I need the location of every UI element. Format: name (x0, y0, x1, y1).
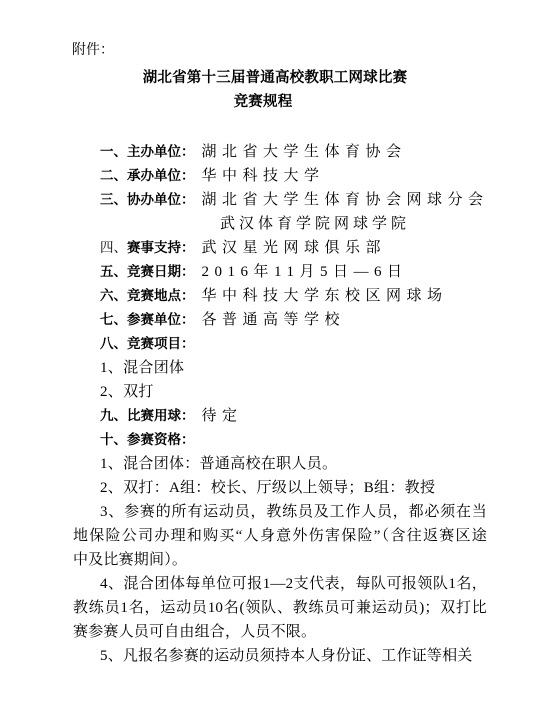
item-participating-units: 七、参赛单位：各普通高等学校 (0, 308, 550, 332)
doc-subtitle: 竞赛规程 (0, 90, 550, 114)
line-text: 武汉体育学院网球学院 (220, 216, 410, 232)
item-value: 华中科技大学 (202, 168, 325, 184)
item-label: 承办单位： (127, 168, 195, 183)
eligibility-rule-1: 1、混合团体：普通高校在职人员。 (0, 452, 550, 476)
line-text: 2、双打：A组：校长、厅级以上领导；B组：教授 (100, 480, 435, 496)
item-organizer: 二、承办单位：华中科技大学 (0, 164, 550, 188)
item-co-organizer: 三、协办单位：湖北省大学生体育协会网球分会 (0, 188, 550, 212)
item-label: 竞赛项目： (127, 336, 195, 351)
item-value: 各普通高等学校 (202, 312, 346, 328)
line-text: 赛参赛人员可自由组合，人员不限。 (73, 624, 316, 640)
item-competition-date: 五、竞赛日期：2016年11月5日—6日 (0, 260, 550, 284)
line-text: 1、混合团体：普通高校在职人员。 (100, 456, 337, 472)
item-value: 湖北省大学生体育协会 (202, 144, 407, 160)
item-label: 参赛资格： (127, 432, 195, 447)
item-number: 四、 (100, 240, 127, 255)
item-co-organizer-cont: 武汉体育学院网球学院 (0, 212, 550, 236)
line-text: 5、凡报名参赛的运动员须持本人身份证、工作证等相关 (100, 648, 473, 664)
line-text: 中及比赛期间）。 (73, 552, 187, 568)
item-number: 九、 (100, 408, 127, 423)
sub-item-mixed-team: 1、混合团体 (0, 356, 550, 380)
item-label: 竞赛地点： (127, 288, 195, 303)
item-number: 七、 (100, 312, 127, 327)
item-value: 华中科技大学东校区网球场 (202, 288, 448, 304)
item-host-org: 一、主办单位：湖北省大学生体育协会 (0, 140, 550, 164)
item-label: 协办单位： (127, 192, 195, 207)
attachment-label: 附件： (72, 39, 114, 63)
document-page: 附件： 湖北省第十三届普通高校教职工网球比赛 竞赛规程 一、主办单位：湖北省大学… (0, 0, 550, 715)
item-value: 2016年11月5日—6日 (202, 264, 408, 280)
line-text: 1、混合团体 (100, 360, 184, 376)
line-text: 地保险公司办理和购买“人身意外伤害保险”（含往返赛区途 (73, 528, 487, 544)
eligibility-rule-3-line-1: 3、参赛的所有运动员，教练员及工作人员，都必须在当 (0, 500, 550, 524)
eligibility-rule-5-line-1: 5、凡报名参赛的运动员须持本人身份证、工作证等相关 (0, 644, 550, 668)
item-match-balls: 九、比赛用球：待定 (0, 404, 550, 428)
item-number: 二、 (100, 168, 127, 183)
item-label: 参赛单位： (127, 312, 195, 327)
item-competition-events: 八、竞赛项目： (0, 332, 550, 356)
item-label: 竞赛日期： (127, 264, 195, 279)
item-number: 五、 (100, 264, 127, 279)
item-value: 待定 (202, 408, 243, 424)
line-text: 2、双打 (100, 384, 154, 400)
item-label: 赛事支持： (127, 240, 195, 255)
item-number: 一、 (100, 144, 127, 159)
eligibility-rule-2: 2、双打：A组：校长、厅级以上领导；B组：教授 (0, 476, 550, 500)
eligibility-rule-3-line-2: 地保险公司办理和购买“人身意外伤害保险”（含往返赛区途 (0, 524, 550, 548)
doc-body: 一、主办单位：湖北省大学生体育协会 二、承办单位：华中科技大学 三、协办单位：湖… (0, 140, 550, 668)
line-text: 4、混合团体每单位可报1—2支代表，每队可报领队1名， (100, 576, 487, 592)
line-text: 教练员1名，运动员10名(领队、教练员可兼运动员)；双打比 (73, 600, 487, 616)
item-number: 三、 (100, 192, 127, 207)
eligibility-rule-4-line-2: 教练员1名，运动员10名(领队、教练员可兼运动员)；双打比 (0, 596, 550, 620)
item-value: 湖北省大学生体育协会网球分会 (202, 192, 489, 208)
item-number: 八、 (100, 336, 127, 351)
eligibility-rule-4-line-1: 4、混合团体每单位可报1—2支代表，每队可报领队1名， (0, 572, 550, 596)
item-number: 六、 (100, 288, 127, 303)
item-label: 比赛用球： (127, 408, 195, 423)
eligibility-rule-4-line-3: 赛参赛人员可自由组合，人员不限。 (0, 620, 550, 644)
line-text: 3、参赛的所有运动员，教练员及工作人员，都必须在当 (100, 504, 487, 520)
item-competition-venue: 六、竞赛地点：华中科技大学东校区网球场 (0, 284, 550, 308)
item-eligibility: 十、参赛资格： (0, 428, 550, 452)
sub-item-doubles: 2、双打 (0, 380, 550, 404)
item-event-support: 四、赛事支持：武汉星光网球俱乐部 (0, 236, 550, 260)
item-value: 武汉星光网球俱乐部 (202, 240, 387, 256)
eligibility-rule-3-line-3: 中及比赛期间）。 (0, 548, 550, 572)
item-label: 主办单位： (127, 144, 195, 159)
doc-title: 湖北省第十三届普通高校教职工网球比赛 (0, 66, 550, 90)
item-number: 十、 (100, 432, 127, 447)
